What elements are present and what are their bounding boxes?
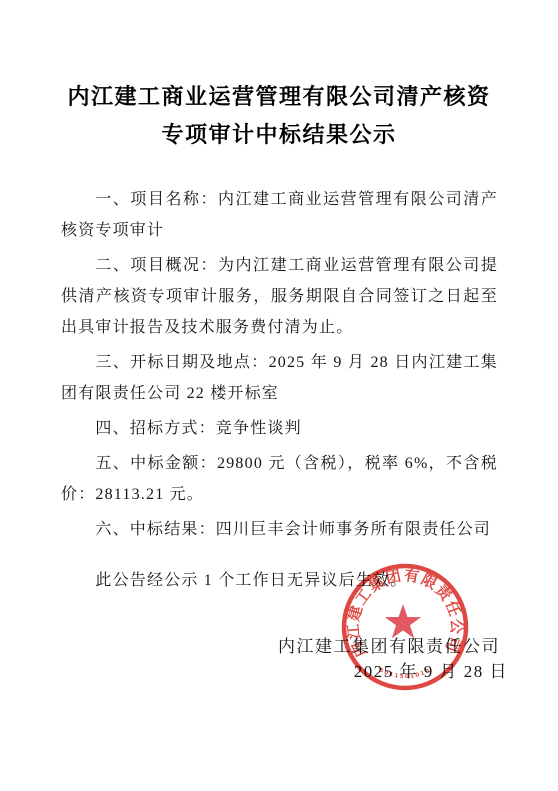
document-body: 一、项目名称：内江建工商业运营管理有限公司清产核资专项审计 二、项目概况：为内江… bbox=[0, 154, 558, 596]
paragraph-project-name: 一、项目名称：内江建工商业运营管理有限公司清产核资专项审计 bbox=[61, 184, 498, 246]
paragraph-bid-result: 六、中标结果：四川巨丰会计师事务所有限责任公司 bbox=[61, 514, 498, 545]
paragraph-tender-method: 四、招标方式：竞争性谈判 bbox=[61, 413, 498, 444]
paragraph-closing-note: 此公告经公示 1 个工作日无异议后生效。 bbox=[61, 565, 498, 596]
title-line-1: 内江建工商业运营管理有限公司清产核资 bbox=[67, 84, 490, 109]
document-title: 内江建工商业运营管理有限公司清产核资 专项审计中标结果公示 bbox=[0, 0, 558, 154]
title-line-2: 专项审计中标结果公示 bbox=[161, 122, 396, 147]
paragraph-bid-amount: 五、中标金额：29800 元（含税），税率 6%，不含税价：28113.21 元… bbox=[61, 448, 498, 510]
document-page: 内江建工商业运营管理有限公司清产核资 专项审计中标结果公示 一、项目名称：内江建… bbox=[0, 0, 558, 791]
paragraph-project-overview: 二、项目概况：为内江建工商业运营管理有限公司提供清产核资专项审计服务，服务期限自… bbox=[61, 250, 498, 343]
signature-date: 2025 年 9 月 28 日 bbox=[0, 659, 558, 684]
signature-company: 内江建工集团有限责任公司 bbox=[0, 634, 558, 659]
paragraph-bid-opening: 三、开标日期及地点：2025 年 9 月 28 日内江建工集团有限责任公司 22… bbox=[61, 347, 498, 409]
signature-block: 内江建工集团有限责任公司 2025 年 9 月 28 日 bbox=[0, 634, 558, 684]
